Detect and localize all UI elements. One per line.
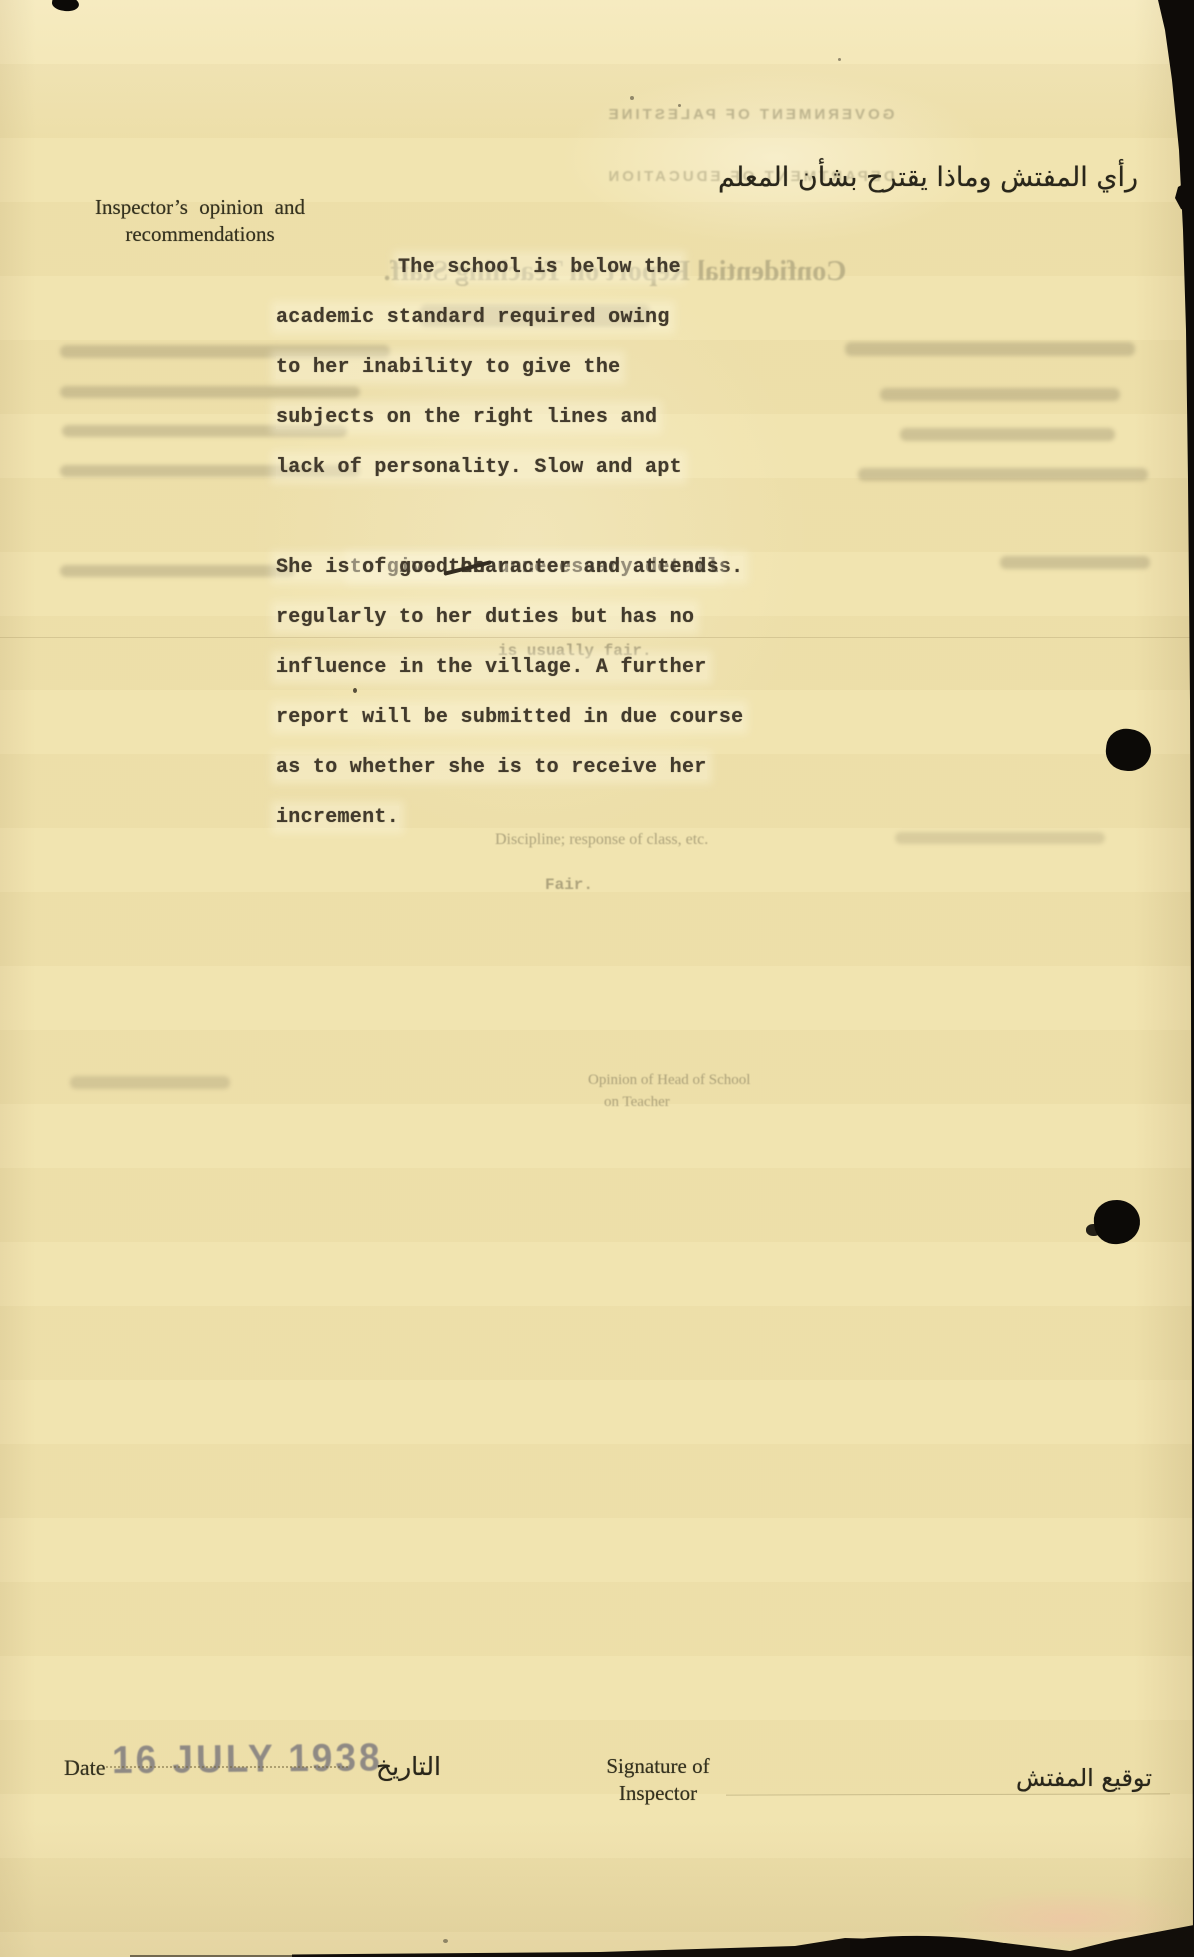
- bleedthrough-smudge: [1000, 556, 1150, 569]
- punch-hole-bottom: [1092, 1198, 1142, 1246]
- typed-line: She is of good character and attends: [276, 543, 856, 593]
- date-dotted-line: [106, 1766, 348, 1768]
- paper-speck: [838, 58, 841, 61]
- inspector-opinion-label: Inspector’s opinion and recommendations: [64, 194, 336, 248]
- typed-line: lack of personality. Slow and apt: [276, 443, 856, 493]
- typed-line: increment.: [276, 793, 856, 843]
- bleedthrough-smudge: [70, 1076, 230, 1089]
- typed-stray-mark: [353, 688, 357, 693]
- paper-speck: [443, 1939, 448, 1943]
- report-body: The school is below the academic standar…: [276, 243, 856, 843]
- typed-line: The school is below the: [276, 243, 856, 293]
- punch-hole-top: [1104, 727, 1153, 773]
- edge-ink-mark: [51, 0, 80, 13]
- typed-line: influence in the village. A further: [276, 643, 856, 693]
- struck-word: the: [448, 543, 485, 593]
- bleedthrough-smudge: [900, 428, 1115, 441]
- bleedthrough-smudge: [880, 388, 1120, 401]
- paper-speck: [630, 96, 634, 100]
- typed-line: subjects on the right lines and: [276, 393, 856, 443]
- paper-speck: [678, 104, 681, 107]
- typed-line: report will be submitted in due course: [276, 693, 856, 743]
- paper-light-patch: [560, 70, 990, 245]
- bleedthrough-smudge: [845, 342, 1135, 356]
- date-label: Date: [64, 1754, 106, 1781]
- typed-line-with-strikeout: to give the unnecessary details.: [276, 493, 856, 543]
- typed-line: academic standard required owing: [276, 293, 856, 343]
- ghost-text-opinion-head-1: Opinion of Head of School: [588, 1072, 750, 1089]
- typed-line: to her inability to give the: [276, 343, 856, 393]
- paper-pink-tint: [945, 1888, 1194, 1948]
- bleedthrough-smudge: [895, 832, 1105, 844]
- signature-rule-line: [726, 1793, 1170, 1795]
- paper-crease: [0, 637, 1194, 638]
- signature-label-arabic: توقيع المفتش: [1016, 1764, 1152, 1792]
- typed-line: as to whether she is to receive her: [276, 743, 856, 793]
- date-stamp: 16 JULY 1938: [112, 1736, 383, 1783]
- inspector-opinion-label-arabic: رأي المفتش وماذا يقترح بشأن المعلم: [718, 162, 1138, 193]
- ghost-text-fair: Fair.: [545, 876, 593, 894]
- signature-label-line1: Signature of: [578, 1753, 738, 1780]
- signature-label: Signature of Inspector: [578, 1753, 738, 1807]
- typed-line: regularly to her duties but has no: [276, 593, 856, 643]
- bleedthrough-smudge: [858, 468, 1148, 481]
- inspector-opinion-label-line1: Inspector’s opinion and: [64, 194, 336, 221]
- ghost-text-opinion-head-2: on Teacher: [604, 1094, 670, 1111]
- date-label-arabic: التاريخ: [376, 1752, 441, 1781]
- scanned-document-page: GOVERNMENT OF PALESTINE DEPARTMENT OF ED…: [0, 0, 1194, 1957]
- signature-label-line2: Inspector: [578, 1780, 738, 1807]
- punch-hole-tail: [1086, 1224, 1102, 1236]
